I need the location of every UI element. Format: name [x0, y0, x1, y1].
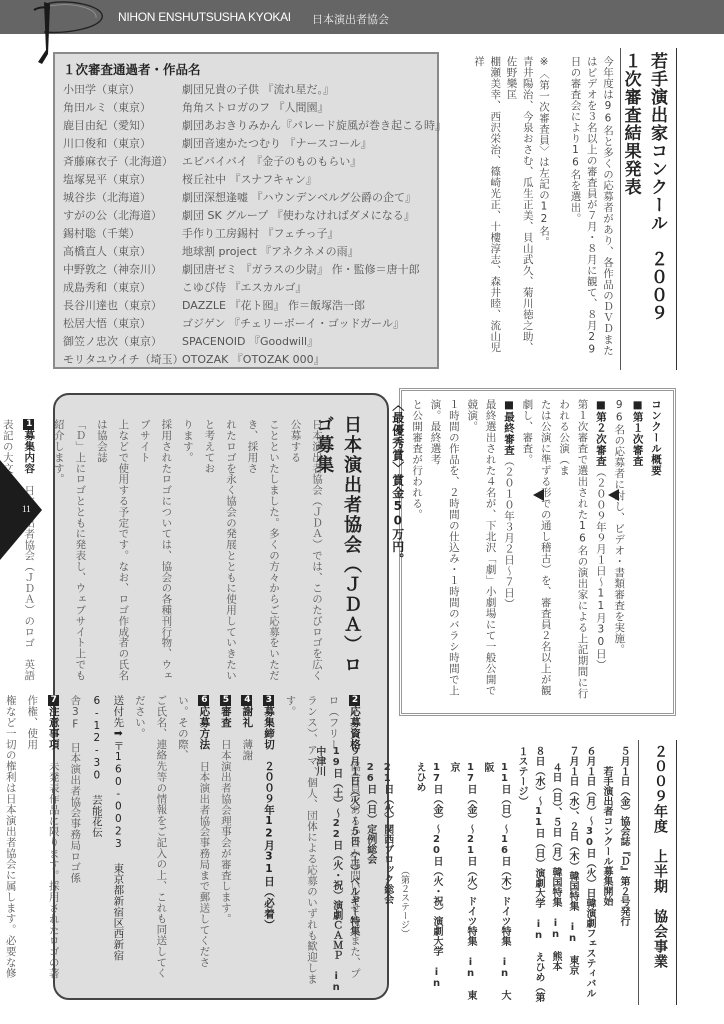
passer-work: エビバイバイ 『金子のものもらい』 [182, 153, 361, 169]
judges-line-1: 青井陽治、今泉おさむ、瓜生正美、貝山武久、菊川徳之助、佐野樂匡 [503, 56, 536, 356]
event-date: 26日（日） [365, 762, 376, 824]
passer-work: 劇団唐ゼミ 『ガラスの少尉』 作・監修＝唐十郎 [182, 261, 420, 277]
section-text: 日本演出者協会理事会が審査します。 [220, 739, 232, 924]
section-6: 6応募方法 日本演出者協会事務局まで郵送してください。その際、 [171, 695, 214, 985]
passer-name: すがの公（北海道） [63, 207, 181, 223]
passer-name: 御笠ノ忠次（東京） [63, 333, 181, 349]
contest-results-title: 若手演出家コンクール ２００９ １次審査結果発表 [617, 52, 670, 352]
event-item: 19日（土）〜22日（火・祝）演劇ＣＡＭＰ in 中津川 [311, 746, 345, 1006]
intro-line: 上などで使用する予定です。なお、ロゴ作成者の氏名は協会誌 [90, 419, 133, 689]
passer-work: 劇団あおきりみかん『パレード旋風が巻き起こる時』 [182, 117, 446, 133]
passer-name: 鹿目由紀（愛知） [63, 117, 181, 133]
passer-work: 手作り工房錫村 『フェチっ子』 [182, 225, 339, 241]
page-number: 11 [22, 504, 31, 514]
section-heading: 応募資格 [349, 706, 361, 750]
event-date: 17日（金）〜20日（火・祝） [431, 762, 442, 916]
divider [676, 48, 677, 370]
event-item: 若手演出者コンクール募集開始 [598, 746, 615, 1006]
event-item: ６月１日（月）〜30日（火）日韓演劇フェスティバル [581, 746, 598, 1006]
page-tab-marker [0, 460, 42, 560]
event-item: 21日（火）関西ブロック総会 [379, 746, 396, 1006]
final-body: １時間の作品を、２時間の仕込み・１時間のバラシ時間で上演。最終選考 [426, 399, 463, 704]
brand-name: NIHON ENSHUTSUSHA KYOKAI [118, 10, 291, 24]
event-date: 21日（火） [382, 762, 393, 824]
intro-line: れたロゴを永く協会の発展とともに使用していきたいと考えてお [198, 419, 241, 689]
event-date: ５月１日（金） [618, 746, 629, 816]
passer-name: 角田ルミ（東京） [63, 99, 181, 115]
event-item: 11日（日）〜16日（木）ドイツ特集 in 大阪 [479, 746, 513, 1006]
section-text: 薄謝 [241, 739, 253, 761]
event-item: ８日（水）〜11日（日）演劇大学 in えひめ（第１ステージ） [513, 746, 547, 1006]
passer-name: 松居大悟（東京） [63, 315, 181, 331]
stage2-heading: ■第２次審査 [595, 399, 607, 467]
section-3: 3募集締切 ２００９年12月31日（必着） [257, 695, 279, 985]
section-text: 権など一切の権利は日本演出者協会に属します。必要な修正を依頼 [0, 695, 21, 985]
passer-name: 川口俊和（東京） [63, 135, 181, 151]
passer-work: DAZZLE 『花ト囮』 作＝飯塚浩一郎 [182, 297, 365, 313]
judges-list: ※〈第一次審査員〉は左記の12名。 青井陽治、今泉おさむ、瓜生正美、貝山武久、菊… [471, 56, 552, 356]
section-text: ２００９年12月31日（必着） [263, 761, 275, 931]
passer-work: こゆび侍 『エスカルゴ』 [182, 279, 307, 295]
title-line-1: 若手演出家コンクール ２００９ [644, 52, 670, 352]
section-heading: 謝礼 [241, 706, 253, 728]
passer-name: 塩塚晃平（東京） [63, 171, 181, 187]
divider [676, 740, 677, 1005]
passer-work: 劇団深想逢嘘 『ハウンデンベルグ公爵の企て』 [182, 189, 416, 205]
event-desc: 韓国特集 in 熊本 [550, 867, 561, 971]
event-desc: （第２ステージ） [399, 866, 409, 938]
intro-line: ことといたしました。多くの方々からご応募をいただき、採用さ [241, 419, 284, 689]
event-date: ７月１日（水）、２日（木） [567, 746, 578, 871]
section-number-badge: 7 [48, 695, 59, 706]
section-text: 送付先➡〒160-0023 東京都新宿区西新宿6-12-30 芸能花伝 [85, 695, 128, 985]
intro-line: ります。 [176, 419, 198, 689]
stage2-body: たは公演に準ずる形での通し稽古）を、審査員２名以上が観劇し、審査。 [518, 399, 555, 704]
stage2-body: 第１次審査で選出された16名の演出家による上記期間に行われる公演（ま [555, 399, 592, 704]
event-date: 17日（金）〜21日（火） [465, 762, 476, 896]
title-line-2: １次審査結果発表 [617, 52, 643, 352]
prize-heading: 〈最優秀賞〉賞金50万円。 [391, 399, 405, 566]
event-item: 17日（金）〜21日（火）ドイツ特集 in 東京 [445, 746, 479, 1006]
passer-work: SPACENOID 『Goodwill』 [182, 333, 318, 349]
event-desc: 韓国特集 in 東京 [567, 871, 578, 975]
section-number-badge: 5 [220, 695, 231, 706]
section-number-badge: 3 [263, 695, 274, 706]
event-item: （第２ステージ） [396, 746, 411, 1006]
event-item: 17日（金）〜20日（火・祝）演劇大学 in えひめ [411, 746, 445, 1006]
event-item: ５月１日（金）協会誌『Ｄ』第２号発行 [615, 746, 632, 1006]
event-desc: 日韓演劇フェスティバル [584, 888, 595, 998]
stage2-date: （２００９年９月１日〜11月30日） [595, 467, 607, 671]
page-header: NIHON ENSHUTSUSHA KYOKAI 日本演出者協会 [0, 0, 724, 34]
passer-name: 斉藤麻衣子（北海道） [63, 153, 181, 169]
passer-work: ゴジゲン 『チェリーボーイ・ゴッドガール』 [182, 315, 404, 331]
stage1-body: 96名の応募者に対し、ビデオ・書類審査を実施。 [610, 399, 628, 704]
divider [638, 740, 639, 1005]
event-desc: 若手演出者コンクール募集開始 [601, 766, 612, 906]
final-body: 最終選出された４名が、下北沢「劇」小劇場にて一般公開で競演。 [463, 399, 500, 704]
intro-line: 日本演出者協会（ＪＤＡ）では、このたびロゴを広く公募する [284, 419, 327, 689]
section-heading: 募集締切 [263, 706, 275, 750]
event-date: ８日（水）〜11日（日） [533, 746, 544, 868]
section-4: 4謝礼 薄謝 [236, 695, 258, 985]
final-heading: ■最終審査 [503, 399, 515, 456]
event-item: ４日（日）、５日（月）韓国特集 in 熊本 [547, 746, 564, 1006]
event-item: 26日（日）定例総会 [362, 746, 379, 1006]
intro-line: 採用されたロゴについては、協会の各種刊行物、ウェブサイト [133, 419, 176, 689]
passer-name: 城谷歩（北海道） [63, 189, 181, 205]
judges-note: ※〈第一次審査員〉は左記の12名。 [536, 56, 552, 356]
event-date: ９月１日（火）〜５日（土） [348, 746, 359, 876]
events-title: ２００９年度 上半期 協会事業 [648, 744, 670, 1004]
passer-work: OTOZAK 『OTOZAK 000』 [182, 351, 325, 367]
passers-title: １次審査通過者・作品名 [63, 60, 201, 78]
passer-name: 長谷川達也（東京） [63, 297, 181, 313]
section-heading: 審査 [220, 706, 232, 728]
event-item: ７月１日（水）、２日（木）韓国特集 in 東京 [564, 746, 581, 1006]
event-date: 19日（土）〜22日（火・祝） [331, 746, 342, 900]
passer-name: 中野敦之（神奈川） [63, 261, 181, 277]
event-date: ６月１日（月）〜30日（火） [584, 746, 595, 888]
passer-work: 劇団音速かたつむり 『ナースコール』 [182, 135, 372, 151]
section-number-badge: 4 [241, 695, 252, 706]
brand-name-jp: 日本演出者協会 [312, 11, 389, 27]
jda-intro: 日本演出者協会（ＪＤＡ）では、このたびロゴを広く公募する ことといたしました。多… [0, 419, 327, 689]
section-number-badge: 6 [198, 695, 209, 706]
passer-name: 高橋直人（東京） [63, 243, 181, 259]
event-date: 11日（日）〜16日（木） [499, 762, 510, 896]
passer-work: 角角ストロガのフ 『人間園』 [182, 99, 329, 115]
overview-title: コンクール概要 [647, 399, 665, 704]
section-5: 5審査 日本演出者協会理事会が審査します。 [214, 695, 236, 985]
final-date: （２０１０年３月２日〜７日） [503, 456, 515, 610]
final-body: と公開審査が行われる。 [408, 399, 426, 704]
section-number-badge: 1 [23, 419, 34, 430]
passer-name: 小田学（東京） [63, 81, 181, 97]
intro-line: 「Ｄ」上にロゴとともに発表し、ウェブサイト上でも紹介します。 [47, 419, 90, 689]
event-item: ９月１日（火）〜５日（土）ベルギー特集 [345, 746, 362, 1006]
passer-name: 錫村聡（千葉） [63, 225, 181, 241]
section-number-badge: 2 [349, 695, 360, 706]
event-desc: ベルギー特集 [348, 876, 359, 936]
contest-results-body: 今年度は96名と多くの応募者があり、各作品のＤＶＤまたはビデオを３名以上の審査員… [556, 56, 616, 356]
event-desc: 協会誌『Ｄ』第２号発行 [618, 816, 629, 926]
section-text: 舎3F 日本演出者協会事務局ロゴ係 [64, 695, 86, 985]
event-date: ４日（日）、５日（月） [550, 762, 561, 867]
passer-work: 劇団兄貴の子供 『流れ星だ。』 [182, 81, 334, 97]
section-heading: 注意事項 [48, 706, 60, 750]
passer-work: 桜丘社中 『スナフキャン』 [182, 171, 317, 187]
section-text: ご氏名、連絡先等の情報をご記入の上、これも同送してください。 [128, 695, 171, 985]
stage1-heading: ■第１次審査 [628, 399, 646, 704]
contest-overview-box: コンクール概要 ■第１次審査 96名の応募者に対し、ビデオ・書類審査を実施。 ■… [399, 388, 676, 716]
judges-line-2: 棚瀬美幸、西沢栄治、篠崎光正、十樓淳志、森井睦、流山児祥 [471, 56, 504, 356]
passer-name: モリタユウイチ（埼玉） [63, 351, 181, 367]
overview-content: コンクール概要 ■第１次審査 96名の応募者に対し、ビデオ・書類審査を実施。 ■… [368, 399, 665, 704]
arrow-left-icon [533, 489, 544, 501]
section-7: 7注意事項 未発表作品に限ります。採用されたロゴの著作権、使用 [21, 695, 64, 985]
events-list: ５月１日（金）協会誌『Ｄ』第２号発行 若手演出者コンクール募集開始 ６月１日（月… [311, 746, 632, 1006]
passers-table: １次審査通過者・作品名 小田学（東京）劇団兄貴の子供 『流れ星だ。』 角田ルミ（… [53, 52, 439, 369]
arrow-left-icon [608, 489, 619, 501]
event-desc: 定例総会 [365, 824, 376, 864]
passer-work: 劇団 SK グループ 『使わなければダメになる』 [182, 207, 415, 223]
section-heading: 応募方法 [198, 706, 210, 750]
passer-work: 地球割 project 『アネクネメの雨』 [182, 243, 359, 259]
passer-name: 成島秀和（東京） [63, 279, 181, 295]
event-desc: 関西ブロック総会 [382, 824, 393, 904]
